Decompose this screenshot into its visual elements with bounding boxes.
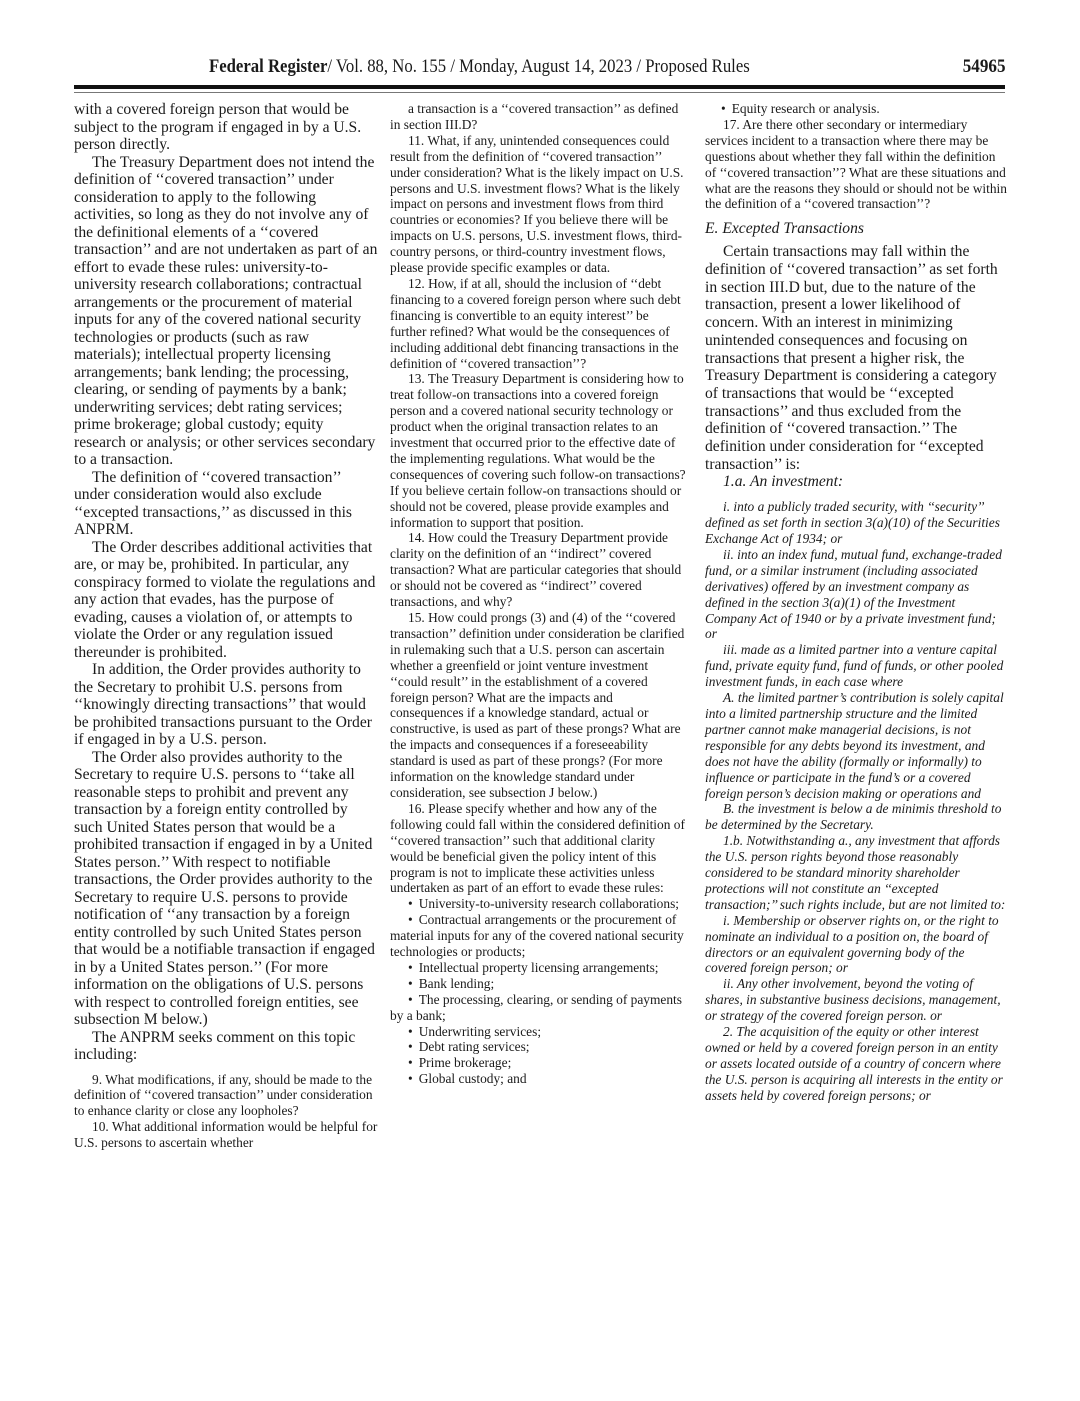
header-rule-thin <box>74 92 1005 93</box>
paragraph: The definition of ‘‘covered transaction’… <box>74 469 378 539</box>
paragraph: The Treasury Department does not intend … <box>74 154 378 469</box>
paragraph: The ANPRM seeks comment on this topic in… <box>74 1029 378 1064</box>
header-rule-thick <box>74 85 1005 89</box>
question-15: 15. How could prongs (3) and (4) of the … <box>390 610 688 801</box>
publication-name: Federal Register <box>209 56 327 77</box>
page-header: Federal Register/ Vol. 88, No. 155 / Mon… <box>74 56 1005 78</box>
paragraph: Certain transactions may fall within the… <box>705 243 1007 473</box>
excepted-item-i: i. into a publicly traded security, with… <box>705 499 1007 547</box>
bullet-item: Contractual arrangements or the procurem… <box>390 912 688 960</box>
question-17: 17. Are there other secondary or interme… <box>705 117 1007 212</box>
bullet-item: Global custody; and <box>390 1071 688 1087</box>
section-heading: E. Excepted Transactions <box>705 220 1007 238</box>
question-10: 10. What additional information would be… <box>74 1119 378 1151</box>
question-16: 16. Please specify whether and how any o… <box>390 801 688 896</box>
bullet-item: Intellectual property licensing arrangem… <box>390 960 688 976</box>
issue-details: / Vol. 88, No. 155 / Monday, August 14, … <box>327 56 749 77</box>
paragraph: In addition, the Order provides authorit… <box>74 661 378 749</box>
bullet-item: Prime brokerage; <box>390 1055 688 1071</box>
column-1: with a covered foreign person that would… <box>74 101 378 1151</box>
bullet-item: Debt rating services; <box>390 1039 688 1055</box>
page-number: 54965 <box>962 56 1005 78</box>
question-9: 9. What modifications, if any, should be… <box>74 1072 378 1120</box>
excepted-item-iii: iii. made as a limited partner into a ve… <box>705 642 1007 690</box>
question-13: 13. The Treasury Department is consideri… <box>390 371 688 530</box>
question-12: 12. How, if at all, should the inclusion… <box>390 276 688 371</box>
question-14: 14. How could the Treasury Department pr… <box>390 530 688 610</box>
excepted-item-ii: ii. into an index fund, mutual fund, exc… <box>705 547 1007 642</box>
excepted-item-2: 2. The acquisition of the equity or othe… <box>705 1024 1007 1104</box>
bullet-item: University-to-university research collab… <box>390 896 688 912</box>
question-10-continued: a transaction is a ‘‘covered transaction… <box>390 101 688 133</box>
excepted-item-A: A. the limited partner’s contribution is… <box>705 690 1007 801</box>
bullet-item: Bank lending; <box>390 976 688 992</box>
bullet-item: The processing, clearing, or sending of … <box>390 992 688 1024</box>
column-3: Equity research or analysis. 17. Are the… <box>705 101 1007 1104</box>
excepted-item-1a: 1.a. An investment: <box>705 473 1007 491</box>
excepted-item-1b: 1.b. Notwithstanding a., any investment … <box>705 833 1007 913</box>
bullet-item: Equity research or analysis. <box>705 101 1007 117</box>
running-head: Federal Register/ Vol. 88, No. 155 / Mon… <box>209 56 750 78</box>
bullet-item: Underwriting services; <box>390 1024 688 1040</box>
paragraph: The Order describes additional activitie… <box>74 539 378 662</box>
column-2: a transaction is a ‘‘covered transaction… <box>390 101 688 1087</box>
excepted-item-1b-i: i. Membership or observer rights on, or … <box>705 913 1007 977</box>
excepted-item-B: B. the investment is below a de minimis … <box>705 801 1007 833</box>
question-11: 11. What, if any, unintended consequence… <box>390 133 688 276</box>
excepted-item-1b-ii: ii. Any other involvement, beyond the vo… <box>705 976 1007 1024</box>
paragraph: with a covered foreign person that would… <box>74 101 378 154</box>
paragraph: The Order also provides authority to the… <box>74 749 378 1029</box>
